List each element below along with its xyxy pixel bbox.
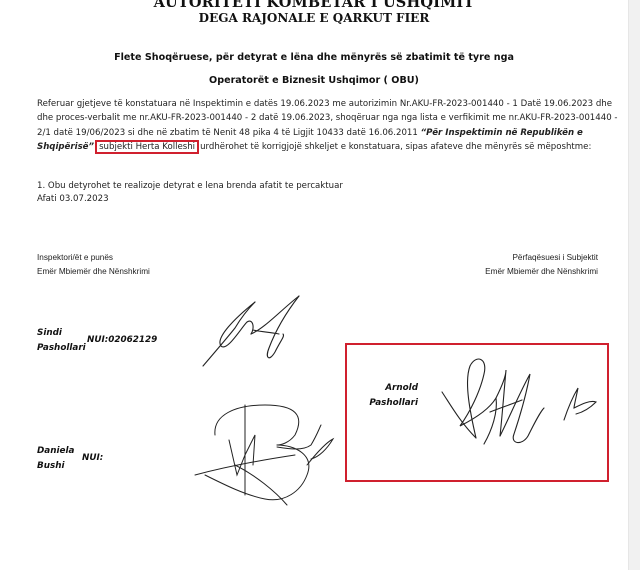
document-title: Flete Shoqëruese, për detyrat e lëna dhe… bbox=[0, 52, 628, 63]
branch-heading: DEGA RAJONALE E QARKUT FIER bbox=[0, 11, 628, 25]
inspector1-nui: NUI:02062129 bbox=[87, 333, 157, 348]
representative-signature bbox=[440, 352, 610, 452]
inspectors-signature-label: Inspektori/ët e punës Emër Mbiemër dhe N… bbox=[37, 251, 150, 278]
representative-name: Arnold Pashollari bbox=[358, 381, 418, 411]
authority-heading: AUTORITETI KOMBETAR I USHQIMIT bbox=[0, 0, 628, 11]
paragraph-line: dhe proces-verbalit me nr.AKU-FR-2023-00… bbox=[37, 111, 607, 125]
paragraph-line: 2/1 datë 19/06/2023 si dhe në zbatim të … bbox=[37, 126, 607, 140]
law-title-end: Shqipërisë” bbox=[37, 142, 94, 152]
inspector2-nui: NUI: bbox=[82, 451, 103, 466]
inspector2-signature bbox=[185, 395, 335, 510]
reference-paragraph: Referuar gjetjeve të konstatuara në Insp… bbox=[37, 97, 607, 154]
inspectors-label: Inspektori/ët e punës bbox=[37, 251, 150, 265]
inspector1-name: Sindi Pashollari bbox=[37, 326, 86, 356]
document-subtitle: Operatorët e Biznesit Ushqimor ( OBU) bbox=[0, 75, 628, 86]
obligation-item: 1. Obu detyrohet te realizoje detyrat e … bbox=[37, 180, 343, 206]
inspector1-signature bbox=[195, 288, 305, 368]
highlighted-subject-name: subjekti Herta Kolleshi bbox=[95, 140, 199, 154]
inspectors-sublabel: Emër Mbiemër dhe Nënshkrimi bbox=[37, 265, 150, 279]
paragraph-text: 2/1 datë 19/06/2023 si dhe në zbatim të … bbox=[37, 128, 421, 138]
subject-sublabel: Emër Mbiemër dhe Nënshkrimi bbox=[485, 265, 598, 279]
deadline-text: Afati 03.07.2023 bbox=[37, 193, 343, 206]
paragraph-text: urdhërohet të korrigjojë shkeljet e kons… bbox=[200, 142, 591, 152]
document-page: AUTORITETI KOMBETAR I USHQIMIT DEGA RAJO… bbox=[0, 0, 628, 570]
paragraph-line: Shqipërisë”subjekti Herta Kolleshiurdhër… bbox=[37, 140, 607, 154]
paragraph-line: Referuar gjetjeve të konstatuara në Insp… bbox=[37, 97, 607, 111]
obligation-text: 1. Obu detyrohet te realizoje detyrat e … bbox=[37, 180, 343, 193]
subject-label: Përfaqësuesi i Subjektit bbox=[485, 251, 598, 265]
inspector2-name: Daniela Bushi bbox=[37, 444, 74, 474]
subject-signature-label: Përfaqësuesi i Subjektit Emër Mbiemër dh… bbox=[485, 251, 598, 278]
law-title: “Për Inspektimin në Republikën e bbox=[421, 128, 583, 138]
page-edge-strip bbox=[628, 0, 640, 570]
